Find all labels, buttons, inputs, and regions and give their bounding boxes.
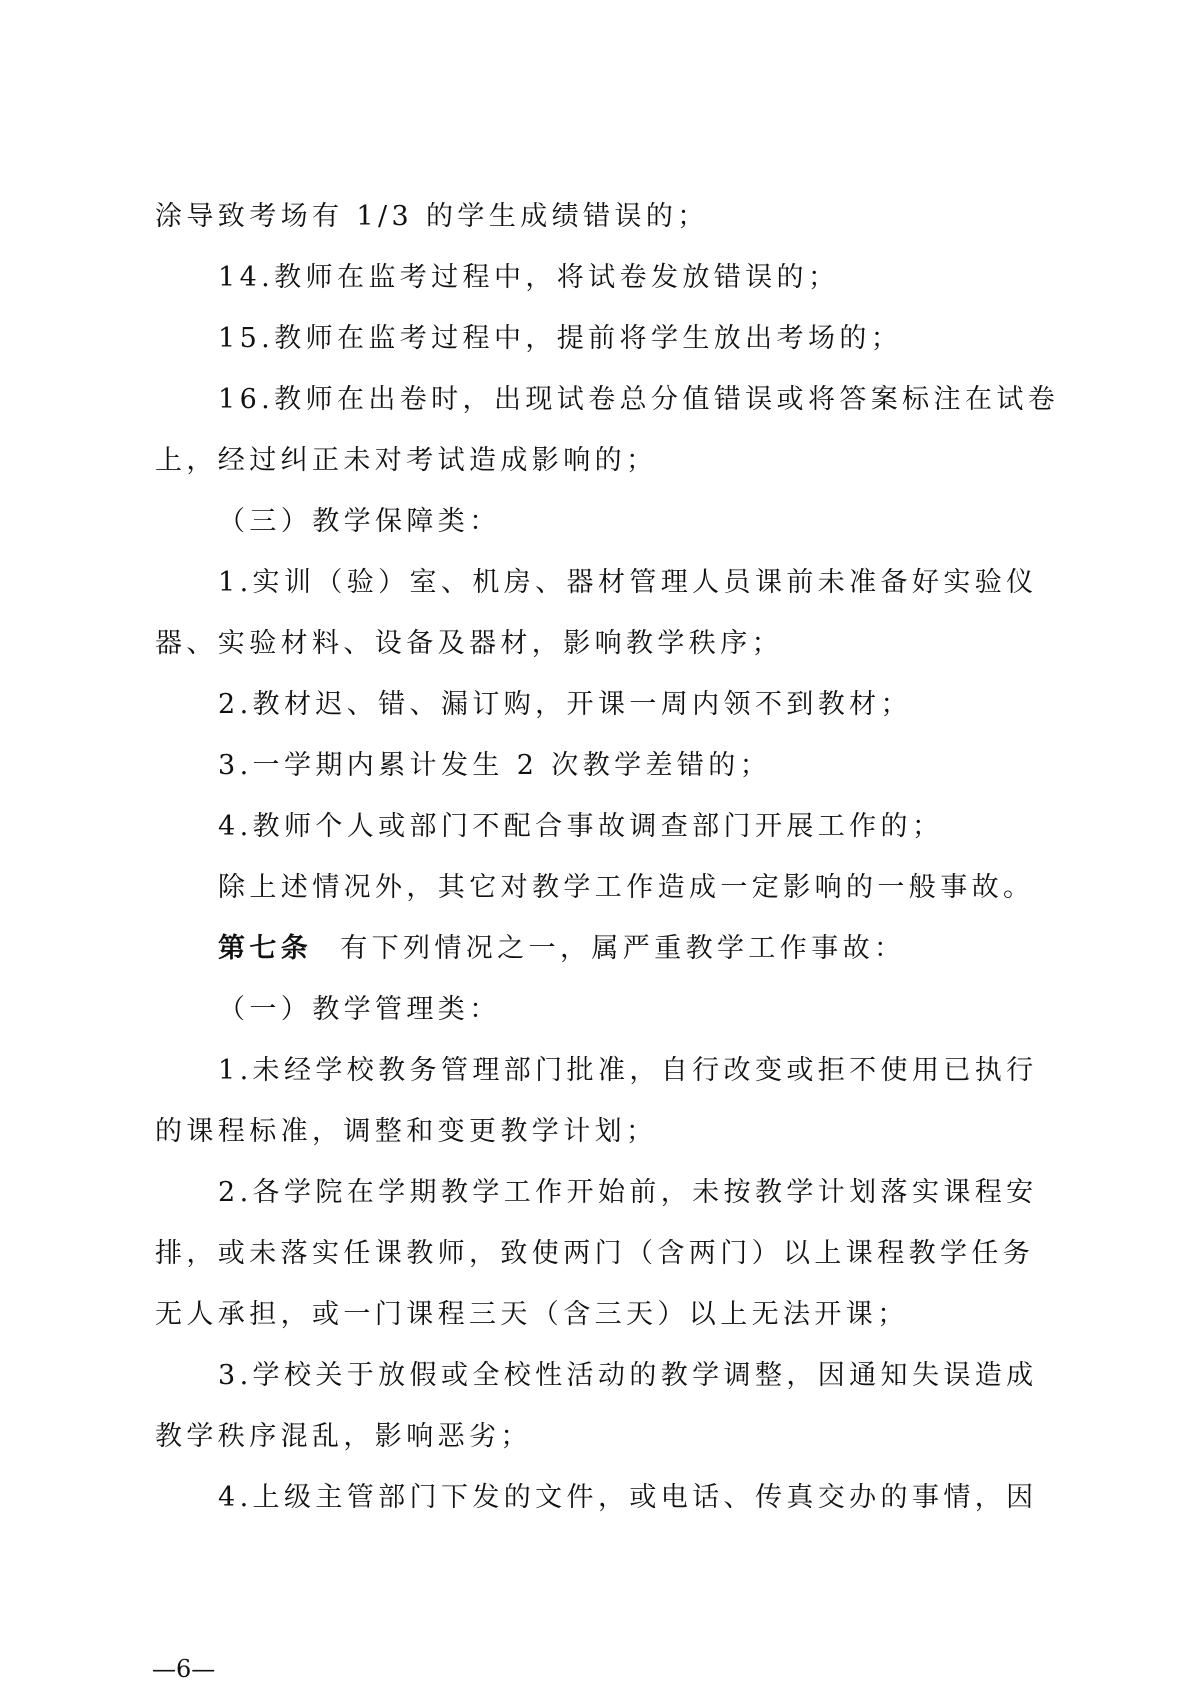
text-line: 15.教师在监考过程中，提前将学生放出考场的； bbox=[218, 322, 902, 356]
text-line: 的课程标准，调整和变更教学计划； bbox=[155, 1115, 657, 1149]
text-line: 14.教师在监考过程中，将试卷发放错误的； bbox=[218, 261, 839, 295]
text-line: 排，或未落实任课教师，致使两门（含两门）以上课程教学任务 bbox=[155, 1237, 1034, 1271]
text-line: 器、实验材料、设备及器材，影响教学秩序； bbox=[155, 627, 783, 661]
text-line: 无人承担，或一门课程三天（含三天）以上无法开课； bbox=[155, 1298, 909, 1332]
section-heading: （一）教学管理类： bbox=[218, 993, 501, 1027]
section-heading: （三）教学保障类： bbox=[218, 505, 501, 539]
text-line: 4.教师个人或部门不配合事故调查部门开展工作的； bbox=[218, 810, 943, 844]
text-line: 2.教材迟、错、漏订购，开课一周内领不到教材； bbox=[218, 688, 912, 722]
text-line: 2.各学院在学期教学工作开始前，未按教学计划落实课程安 bbox=[218, 1176, 1038, 1210]
article-text: 有下列情况之一，属严重教学工作事故： bbox=[340, 933, 905, 964]
article-label: 第七条 bbox=[218, 933, 312, 964]
text-line: 涂导致考场有 1/3 的学生成绩错误的； bbox=[155, 200, 709, 234]
text-line: 1.实训（验）室、机房、器材管理人员课前未准备好实验仪 bbox=[218, 566, 1038, 600]
page-number: —6— bbox=[152, 1655, 215, 1683]
article-heading: 第七条有下列情况之一，属严重教学工作事故： bbox=[218, 932, 905, 966]
text-line: 上，经过纠正未对考试造成影响的； bbox=[155, 444, 657, 478]
text-line: 3.学校关于放假或全校性活动的教学调整，因通知失误造成 bbox=[218, 1359, 1038, 1393]
text-line: 4.上级主管部门下发的文件，或电话、传真交办的事情，因 bbox=[218, 1481, 1038, 1515]
text-line: 1.未经学校教务管理部门批准，自行改变或拒不使用已执行 bbox=[218, 1054, 1038, 1088]
text-line: 16.教师在出卷时，出现试卷总分值错误或将答案标注在试卷 bbox=[218, 383, 1059, 417]
text-line: 除上述情况外，其它对教学工作造成一定影响的一般事故。 bbox=[218, 871, 1034, 905]
text-line: 教学秩序混乱，影响恶劣； bbox=[155, 1420, 532, 1454]
text-line: 3.一学期内累计发生 2 次教学差错的； bbox=[218, 749, 771, 783]
